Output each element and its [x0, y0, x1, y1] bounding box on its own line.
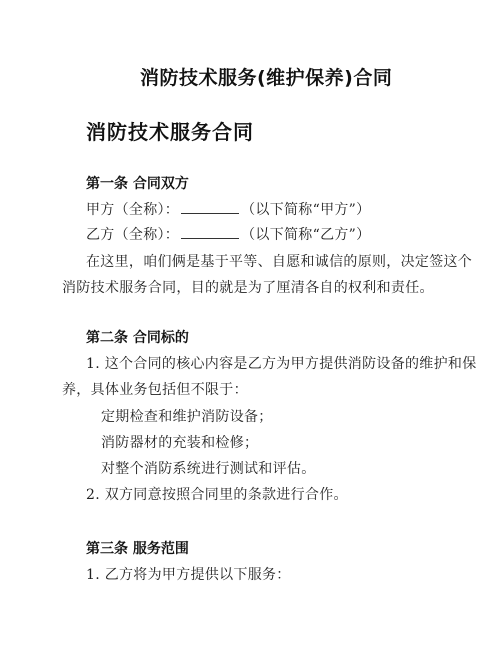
section-3-item-1: 1. 乙方将为甲方提供以下服务： [86, 564, 291, 584]
section-2-item-2: 2. 双方同意按照合同里的条款进行合作。 [86, 484, 348, 504]
section-1-paragraph-line-1: 在这里，咱们俩是基于平等、自愿和诚信的原则，决定签这个 [86, 251, 472, 271]
section-2-subitem-2: 消防器材的充装和检修； [101, 432, 258, 452]
document-subtitle: 消防技术服务合同 [86, 116, 254, 145]
party-a-label: 甲方（全称）： [86, 202, 179, 218]
party-a-line: 甲方（全称）：（以下简称“甲方”） [86, 199, 370, 219]
party-a-blank-field [181, 199, 239, 214]
party-b-blank-field [181, 224, 239, 239]
party-a-suffix: （以下简称“甲方”） [241, 202, 370, 218]
party-b-suffix: （以下简称“乙方”） [241, 227, 370, 243]
section-3-heading: 第三条 服务范围 [86, 538, 189, 558]
section-2-heading: 第二条 合同标的 [86, 327, 189, 347]
section-1-heading: 第一条 合同双方 [86, 173, 189, 193]
section-2-item-1-line-1: 1. 这个合同的核心内容是乙方为甲方提供消防设备的维护和保 [86, 353, 477, 373]
party-b-label: 乙方（全称）： [86, 227, 179, 243]
section-1-paragraph-line-2: 消防技术服务合同，目的就是为了厘清各自的权利和责任。 [62, 277, 434, 297]
section-2-subitem-1: 定期检查和维护消防设备； [101, 406, 273, 426]
section-2-item-1-line-2: 养，具体业务包括但不限于： [62, 379, 248, 399]
document-title: 消防技术服务(维护保养)合同 [140, 63, 392, 90]
section-2-subitem-3: 对整个消防系统进行测试和评估。 [101, 458, 316, 478]
party-b-line: 乙方（全称）：（以下简称“乙方”） [86, 224, 370, 244]
